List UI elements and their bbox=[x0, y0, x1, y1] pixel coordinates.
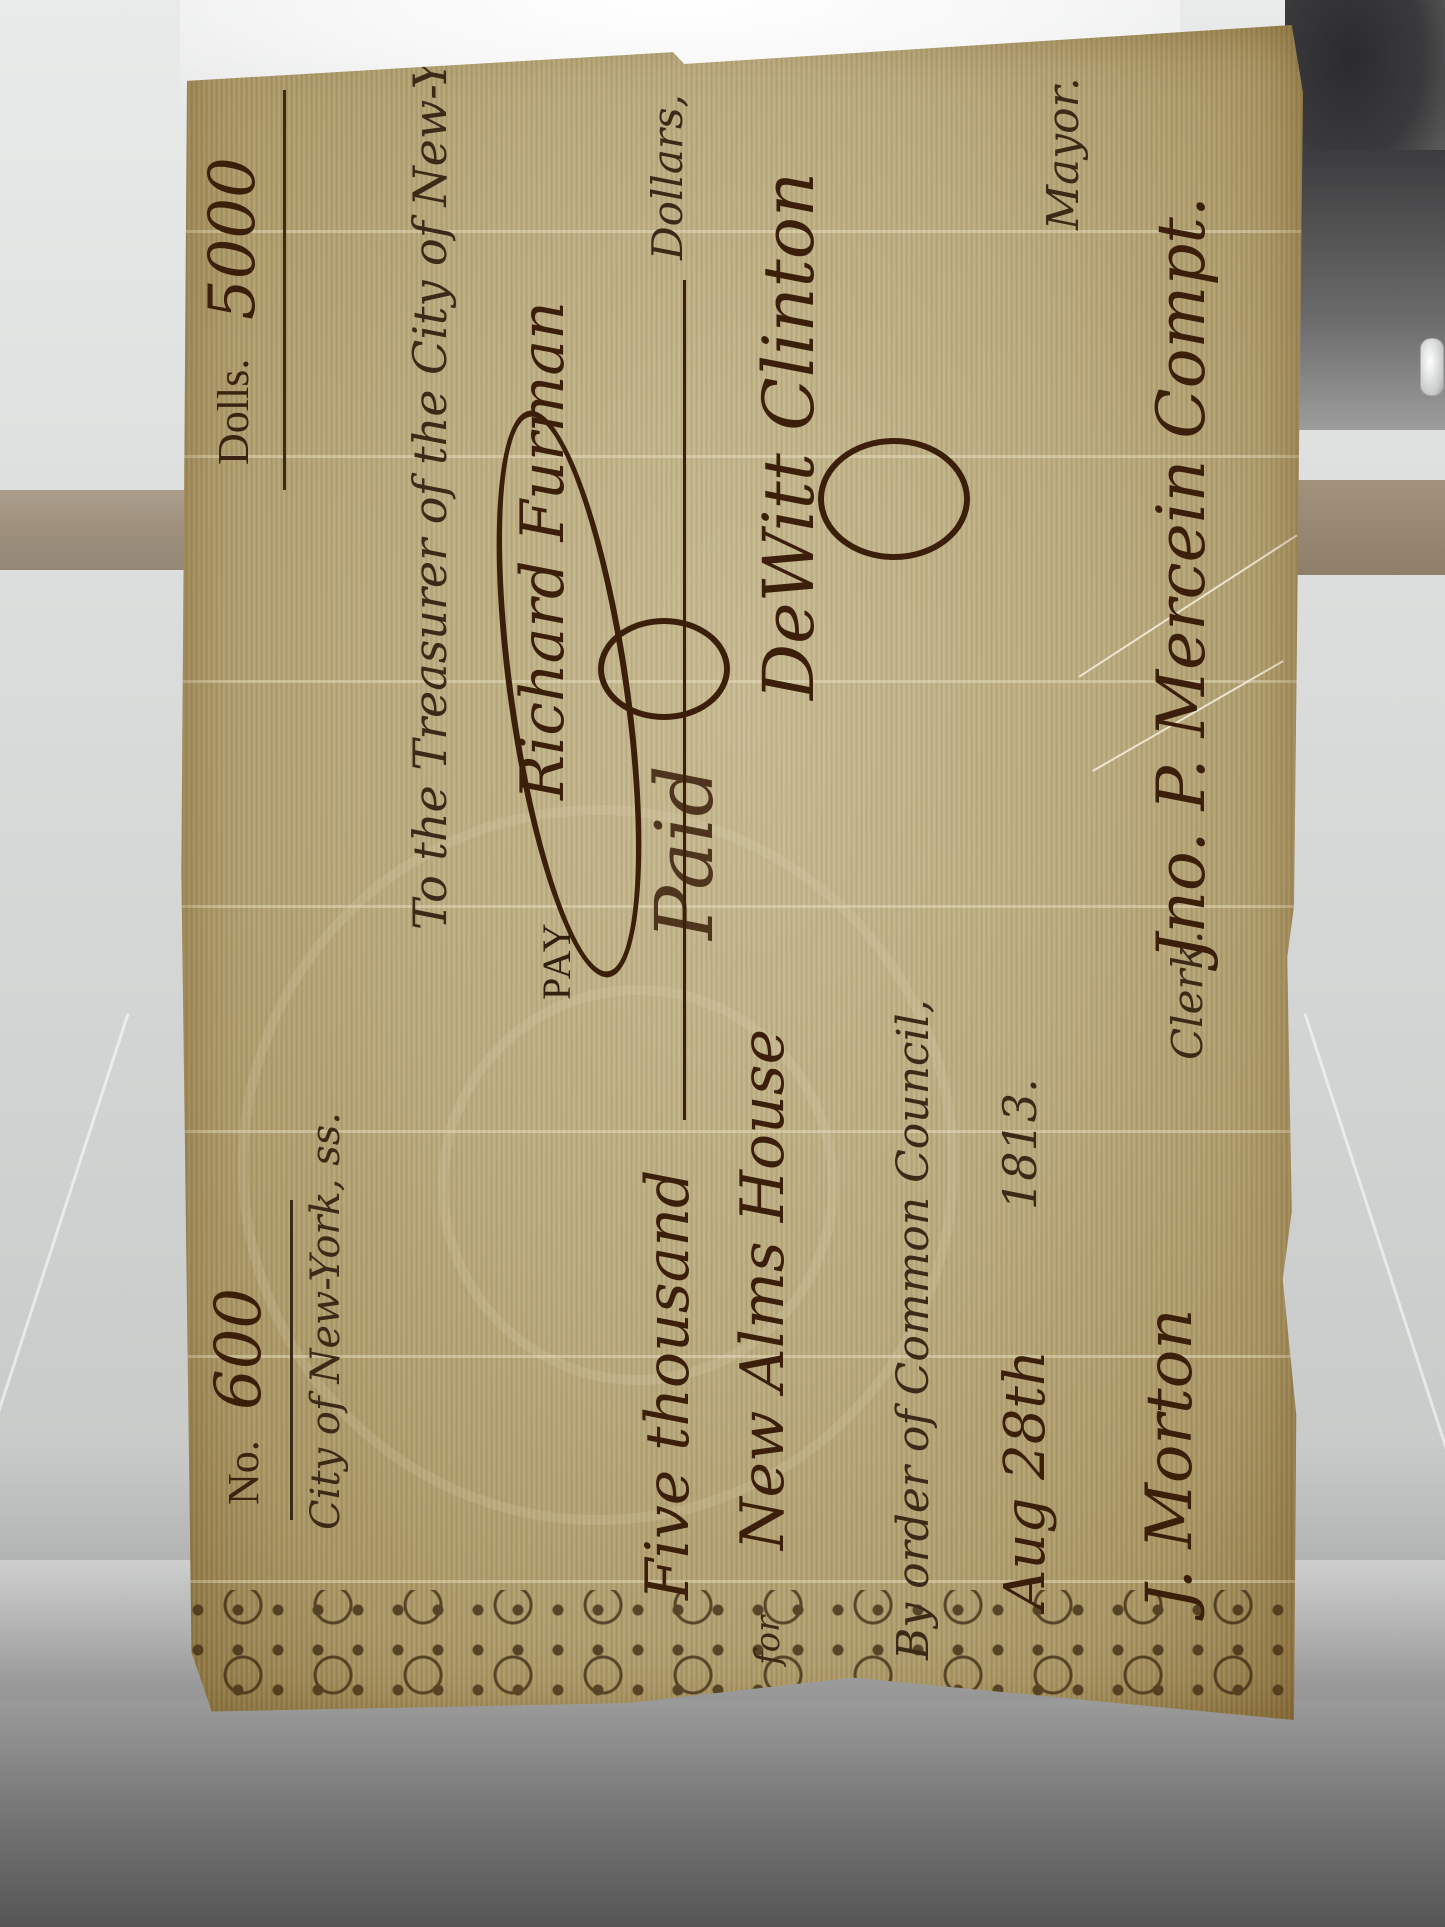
chain-line bbox=[178, 1355, 1303, 1358]
floor-shadow bbox=[0, 1700, 1445, 1927]
watermark bbox=[438, 985, 838, 1385]
acrylic-stand-edge bbox=[1304, 1013, 1445, 1547]
paper-crack bbox=[1092, 660, 1284, 772]
comptroller-signature: Jno. P. Mercein Compt. bbox=[1143, 196, 1220, 960]
amount-label: Dolls. bbox=[208, 359, 259, 465]
payee-signature: Richard Furman bbox=[508, 301, 578, 800]
acrylic-bubble bbox=[1420, 338, 1444, 396]
document-paper: New Alms House No. 600 City of New-York,… bbox=[178, 25, 1303, 1720]
amount-in-words: Five thousand bbox=[633, 1170, 703, 1600]
clerk-label: Clerk. bbox=[1163, 931, 1212, 1060]
mayor-signature: DeWitt Clinton bbox=[748, 172, 830, 700]
watermark bbox=[238, 805, 958, 1525]
authority: By order of Common Council, bbox=[888, 999, 939, 1660]
for-label: for bbox=[748, 1616, 788, 1665]
year: 1813. bbox=[993, 1078, 1047, 1210]
amount-fill-line bbox=[683, 280, 686, 1120]
chain-line bbox=[178, 1580, 1303, 1583]
signature-flourish bbox=[469, 402, 669, 985]
pay-label: PAY bbox=[533, 921, 580, 1000]
chain-line bbox=[178, 1130, 1303, 1133]
date-handwritten: Aug 28th bbox=[993, 1350, 1058, 1610]
signature-flourish bbox=[598, 618, 730, 720]
paid-mark: Paid bbox=[638, 765, 731, 940]
paper-crack bbox=[1078, 534, 1297, 677]
clerk-signature: J. Morton bbox=[1133, 1309, 1207, 1611]
chain-line bbox=[178, 680, 1303, 683]
jurisdiction: City of New-York, ss. bbox=[303, 1112, 349, 1530]
purpose: New Alms House bbox=[728, 1029, 798, 1550]
number-label: No. bbox=[218, 1440, 269, 1505]
number-rule bbox=[290, 1200, 293, 1520]
addressee: To the Treasurer of the City of New-York… bbox=[403, 0, 457, 930]
mayor-label: Mayor. bbox=[1038, 77, 1089, 230]
warrant-content: New Alms House No. 600 City of New-York,… bbox=[178, 25, 1303, 1720]
currency-label: Dollars, bbox=[643, 94, 692, 260]
signature-flourish bbox=[818, 438, 970, 560]
chain-line bbox=[178, 905, 1303, 908]
chain-line bbox=[178, 230, 1303, 233]
acrylic-stand-edge bbox=[0, 1013, 129, 1547]
amount-rule bbox=[283, 90, 286, 490]
decorative-floral-border bbox=[178, 1590, 1303, 1710]
chain-line bbox=[178, 455, 1303, 458]
warrant-number: 600 bbox=[202, 1288, 276, 1410]
wooden-ruler-end bbox=[1285, 480, 1445, 575]
amount-figure: 5000 bbox=[196, 157, 270, 320]
